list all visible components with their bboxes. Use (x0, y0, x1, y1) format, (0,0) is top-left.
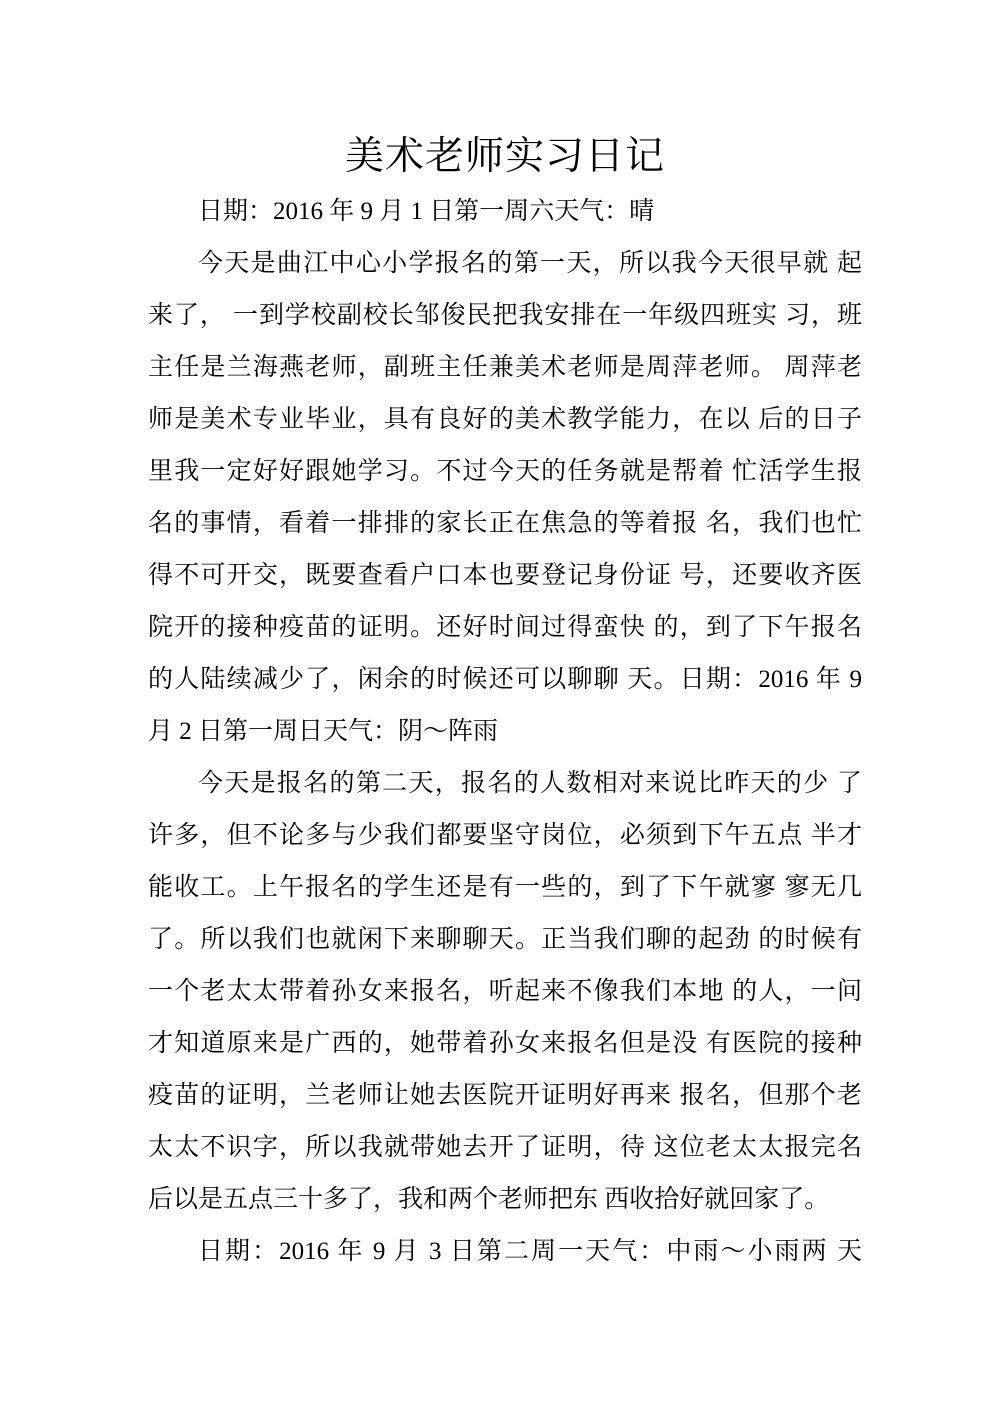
text-line-date-2: 月 2 日第一周日天气：阴～阵雨 (148, 706, 862, 758)
text-line-date-3: 日期：2016 年 9 月 3 日第二周一天气：中雨～小雨两 天 (148, 1226, 862, 1278)
text-line: 里我一定好好跟她学习。不过今天的任务就是帮着 忙活学生报 (148, 446, 862, 498)
text-line: 今天是曲江中心小学报名的第一天，所以我今天很早就 起 (148, 238, 862, 290)
text-line: 能收工。上午报名的学生还是有一些的，到了下午就寥 寥无几 (148, 862, 862, 914)
text-line: 疫苗的证明，兰老师让她去医院开证明好再来 报名，但那个老 (148, 1070, 862, 1122)
text-line: 师是美术专业毕业，具有良好的美术教学能力，在以 后的日子 (148, 394, 862, 446)
text-line: 名的事情，看着一排排的家长正在焦急的等着报 名，我们也忙 (148, 498, 862, 550)
text-line: 主任是兰海燕老师，副班主任兼美术老师是周萍老师。 周萍老 (148, 342, 862, 394)
text-line: 许多，但不论多与少我们都要坚守岗位，必须到下午五点 半才 (148, 810, 862, 862)
text-line: 了。所以我们也就闲下来聊聊天。正当我们聊的起劲 的时候有 (148, 914, 862, 966)
text-line: 今天是报名的第二天，报名的人数相对来说比昨天的少 了 (148, 758, 862, 810)
text-line: 来了， 一到学校副校长邹俊民把我安排在一年级四班实 习，班 (148, 290, 862, 342)
text-line: 一个老太太带着孙女来报名，听起来不像我们本地 的人，一问 (148, 966, 862, 1018)
document-body: 美术老师实习日记 日期：2016 年 9 月 1 日第一周六天气：晴 今天是曲江… (148, 128, 862, 1278)
text-line: 得不可开交，既要查看户口本也要登记身份证 号，还要收齐医 (148, 550, 862, 602)
text-line: 太太不识字，所以我就带她去开了证明，待 这位老太太报完名 (148, 1122, 862, 1174)
text-line: 才知道原来是广西的，她带着孙女来报名但是没 有医院的接种 (148, 1018, 862, 1070)
text-line: 的人陆续减少了，闲余的时候还可以聊聊 天。日期：2016 年 9 (148, 654, 862, 706)
text-line-date-1: 日期：2016 年 9 月 1 日第一周六天气：晴 (148, 186, 862, 238)
text-line: 院开的接种疫苗的证明。还好时间过得蛮快 的，到了下午报名 (148, 602, 862, 654)
document-page: 美术老师实习日记 日期：2016 年 9 月 1 日第一周六天气：晴 今天是曲江… (0, 0, 1000, 1415)
document-title: 美术老师实习日记 (148, 128, 862, 186)
text-line: 后以是五点三十多了，我和两个老师把东 西收拾好就回家了。 (148, 1174, 862, 1226)
